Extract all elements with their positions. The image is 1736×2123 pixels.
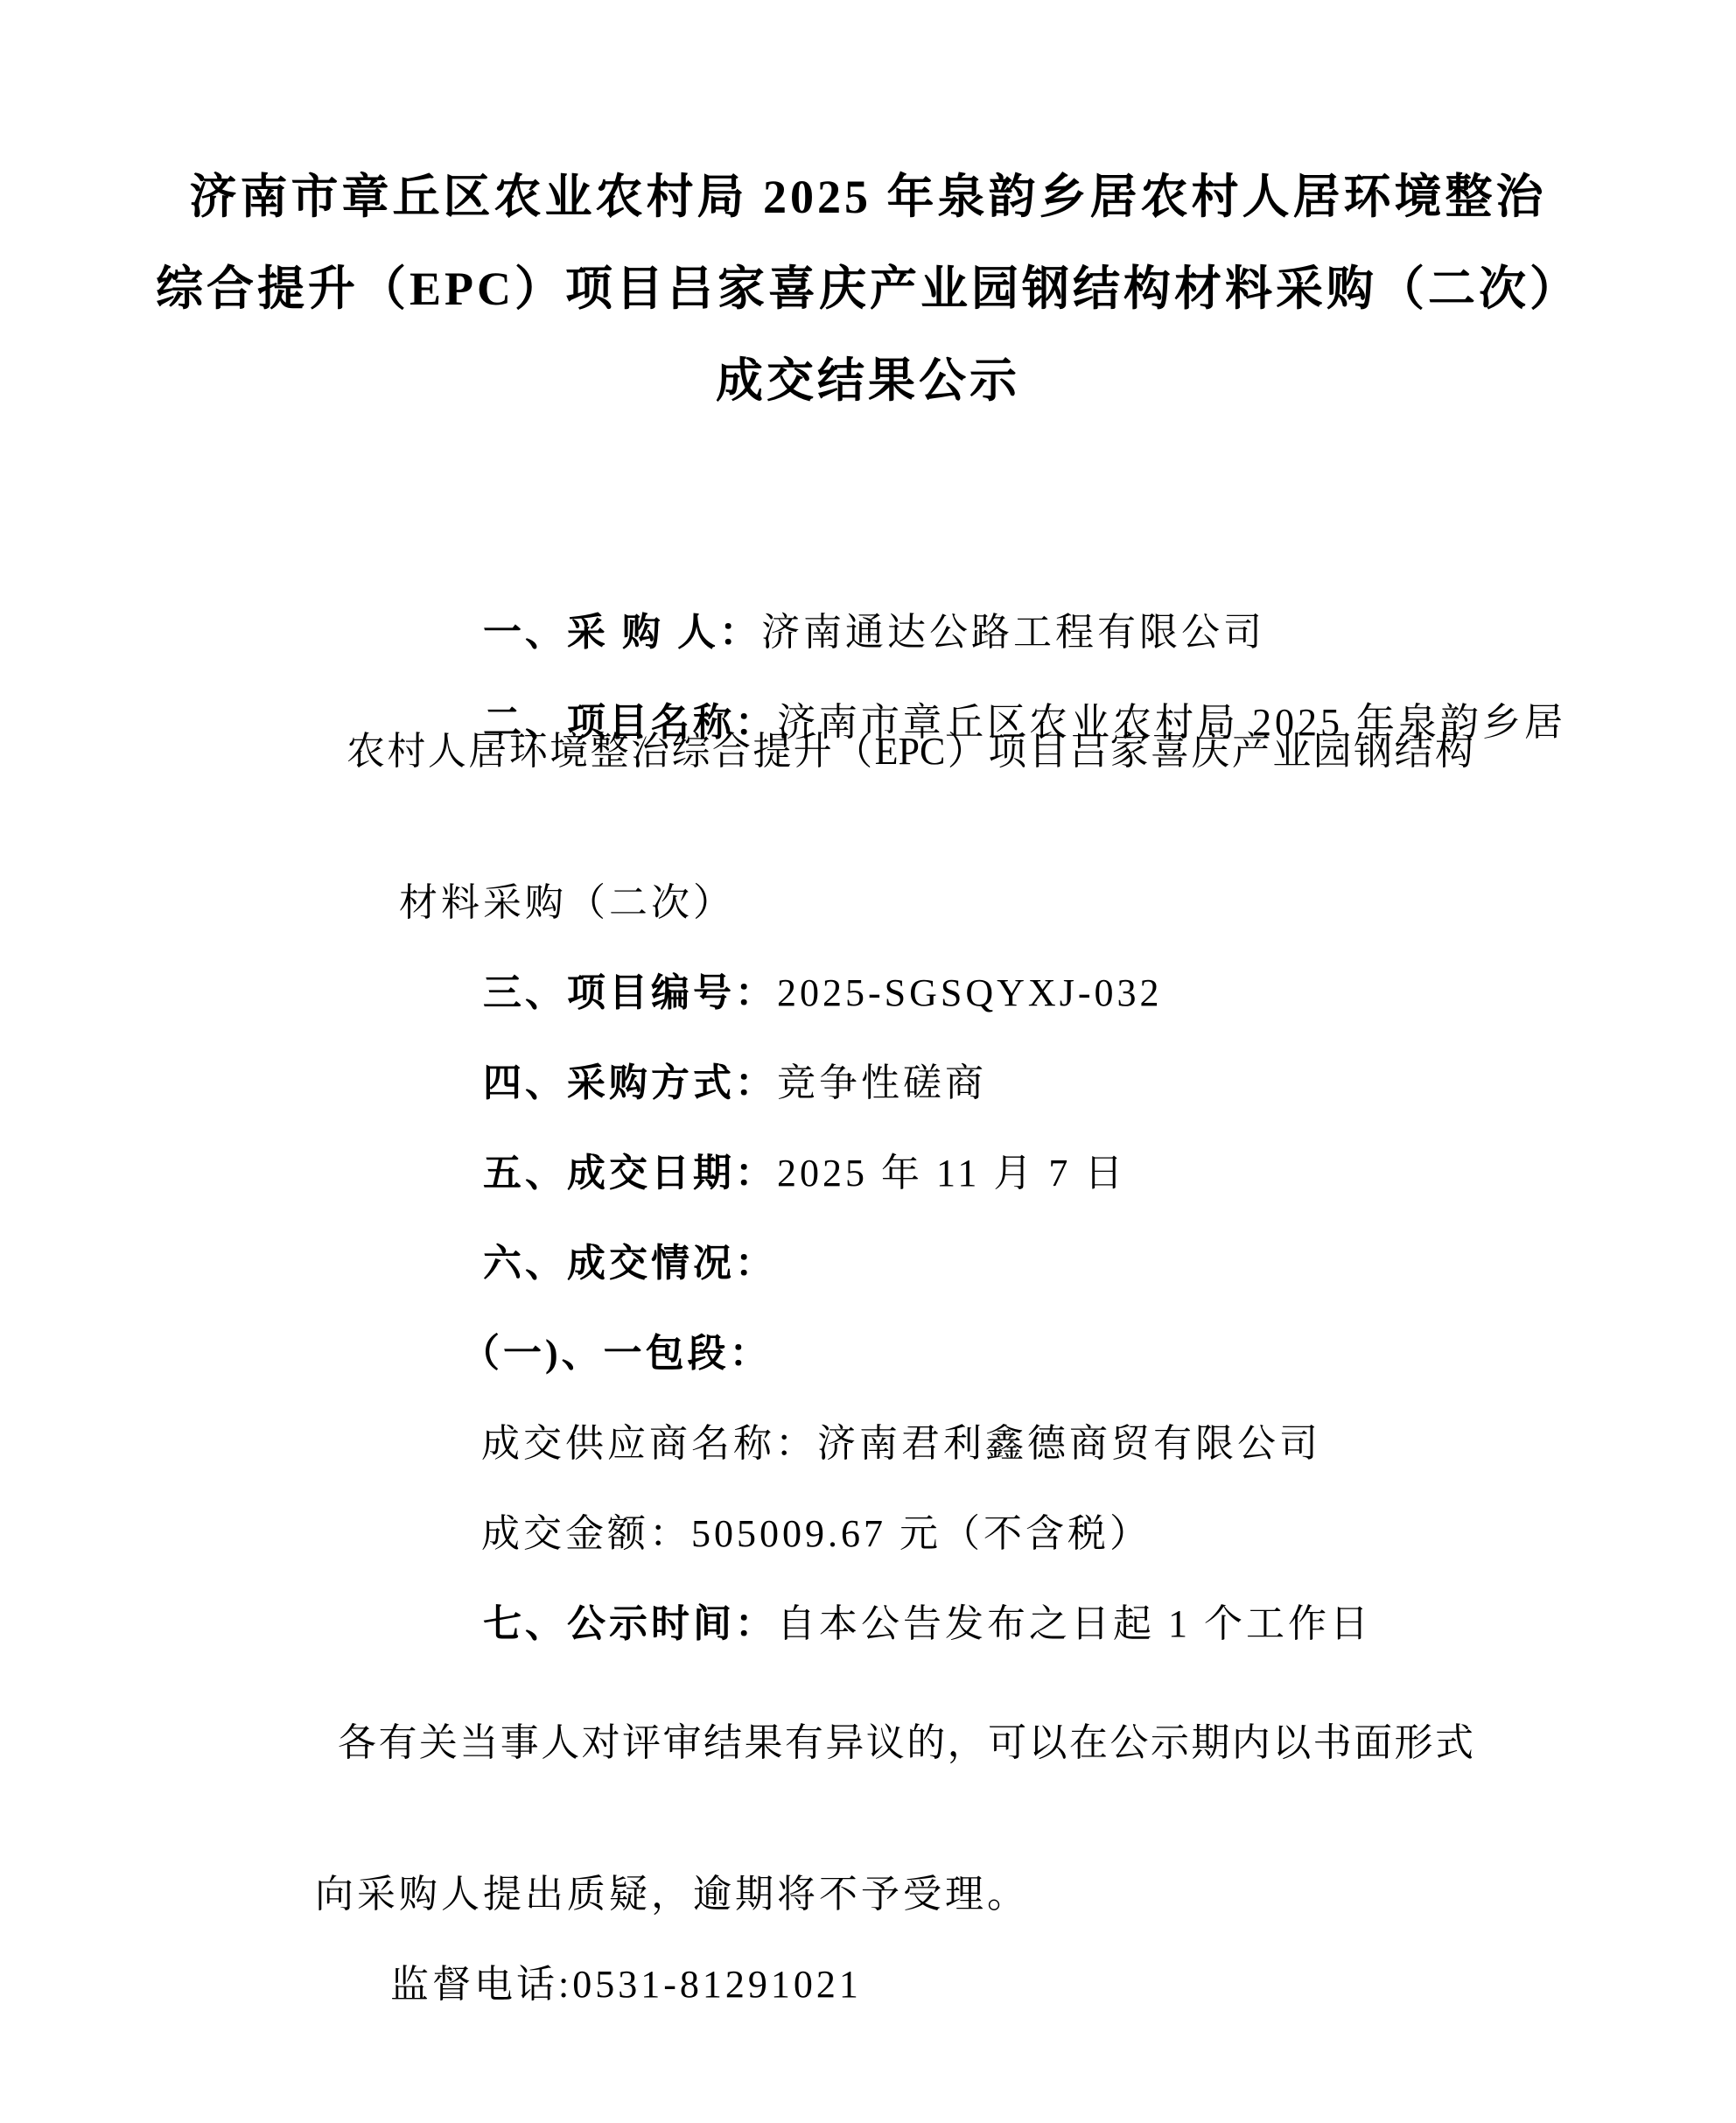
announcement-period-line: 七、公示时间：自本公告发布之日起 1 个工作日	[430, 1532, 1372, 1716]
project-name-continuation-1: 农村人居环境整治综合提升（EPC）项目吕家喜庆产业园钢结构	[346, 721, 1473, 782]
announcement-period-label: 七、公示时间：	[483, 1602, 777, 1645]
objection-notice-line-1: 各有关当事人对评审结果有异议的，可以在公示期内以书面形式	[338, 1713, 1473, 1774]
supervision-phone-text: 监督电话:0531-81291021	[390, 1963, 862, 2006]
project-name-continuation-1-text: 农村人居环境整治综合提升（EPC）项目吕家喜庆产业园钢结构	[346, 730, 1473, 773]
doc-title-line-2: 综合提升（EPC）项目吕家喜庆产业园钢结构材料采购（二次）	[0, 249, 1736, 328]
doc-title-line-3: 成交结果公示	[0, 341, 1736, 420]
supervision-phone-line: 监督电话:0531-81291021	[338, 1893, 862, 2077]
announcement-period-value: 自本公告发布之日起 1 个工作日	[777, 1602, 1372, 1645]
document-page: 济南市章丘区农业农村局 2025 年泉韵乡居农村人居环境整治 综合提升（EPC）…	[0, 0, 1736, 2123]
doc-title-line-1: 济南市章丘区农业农村局 2025 年泉韵乡居农村人居环境整治	[0, 158, 1736, 236]
deal-date-value: 2025 年 11 月 7 日	[777, 1152, 1126, 1195]
objection-notice-line-1-text: 各有关当事人对评审结果有异议的，可以在公示期内以书面形式	[338, 1721, 1473, 1764]
